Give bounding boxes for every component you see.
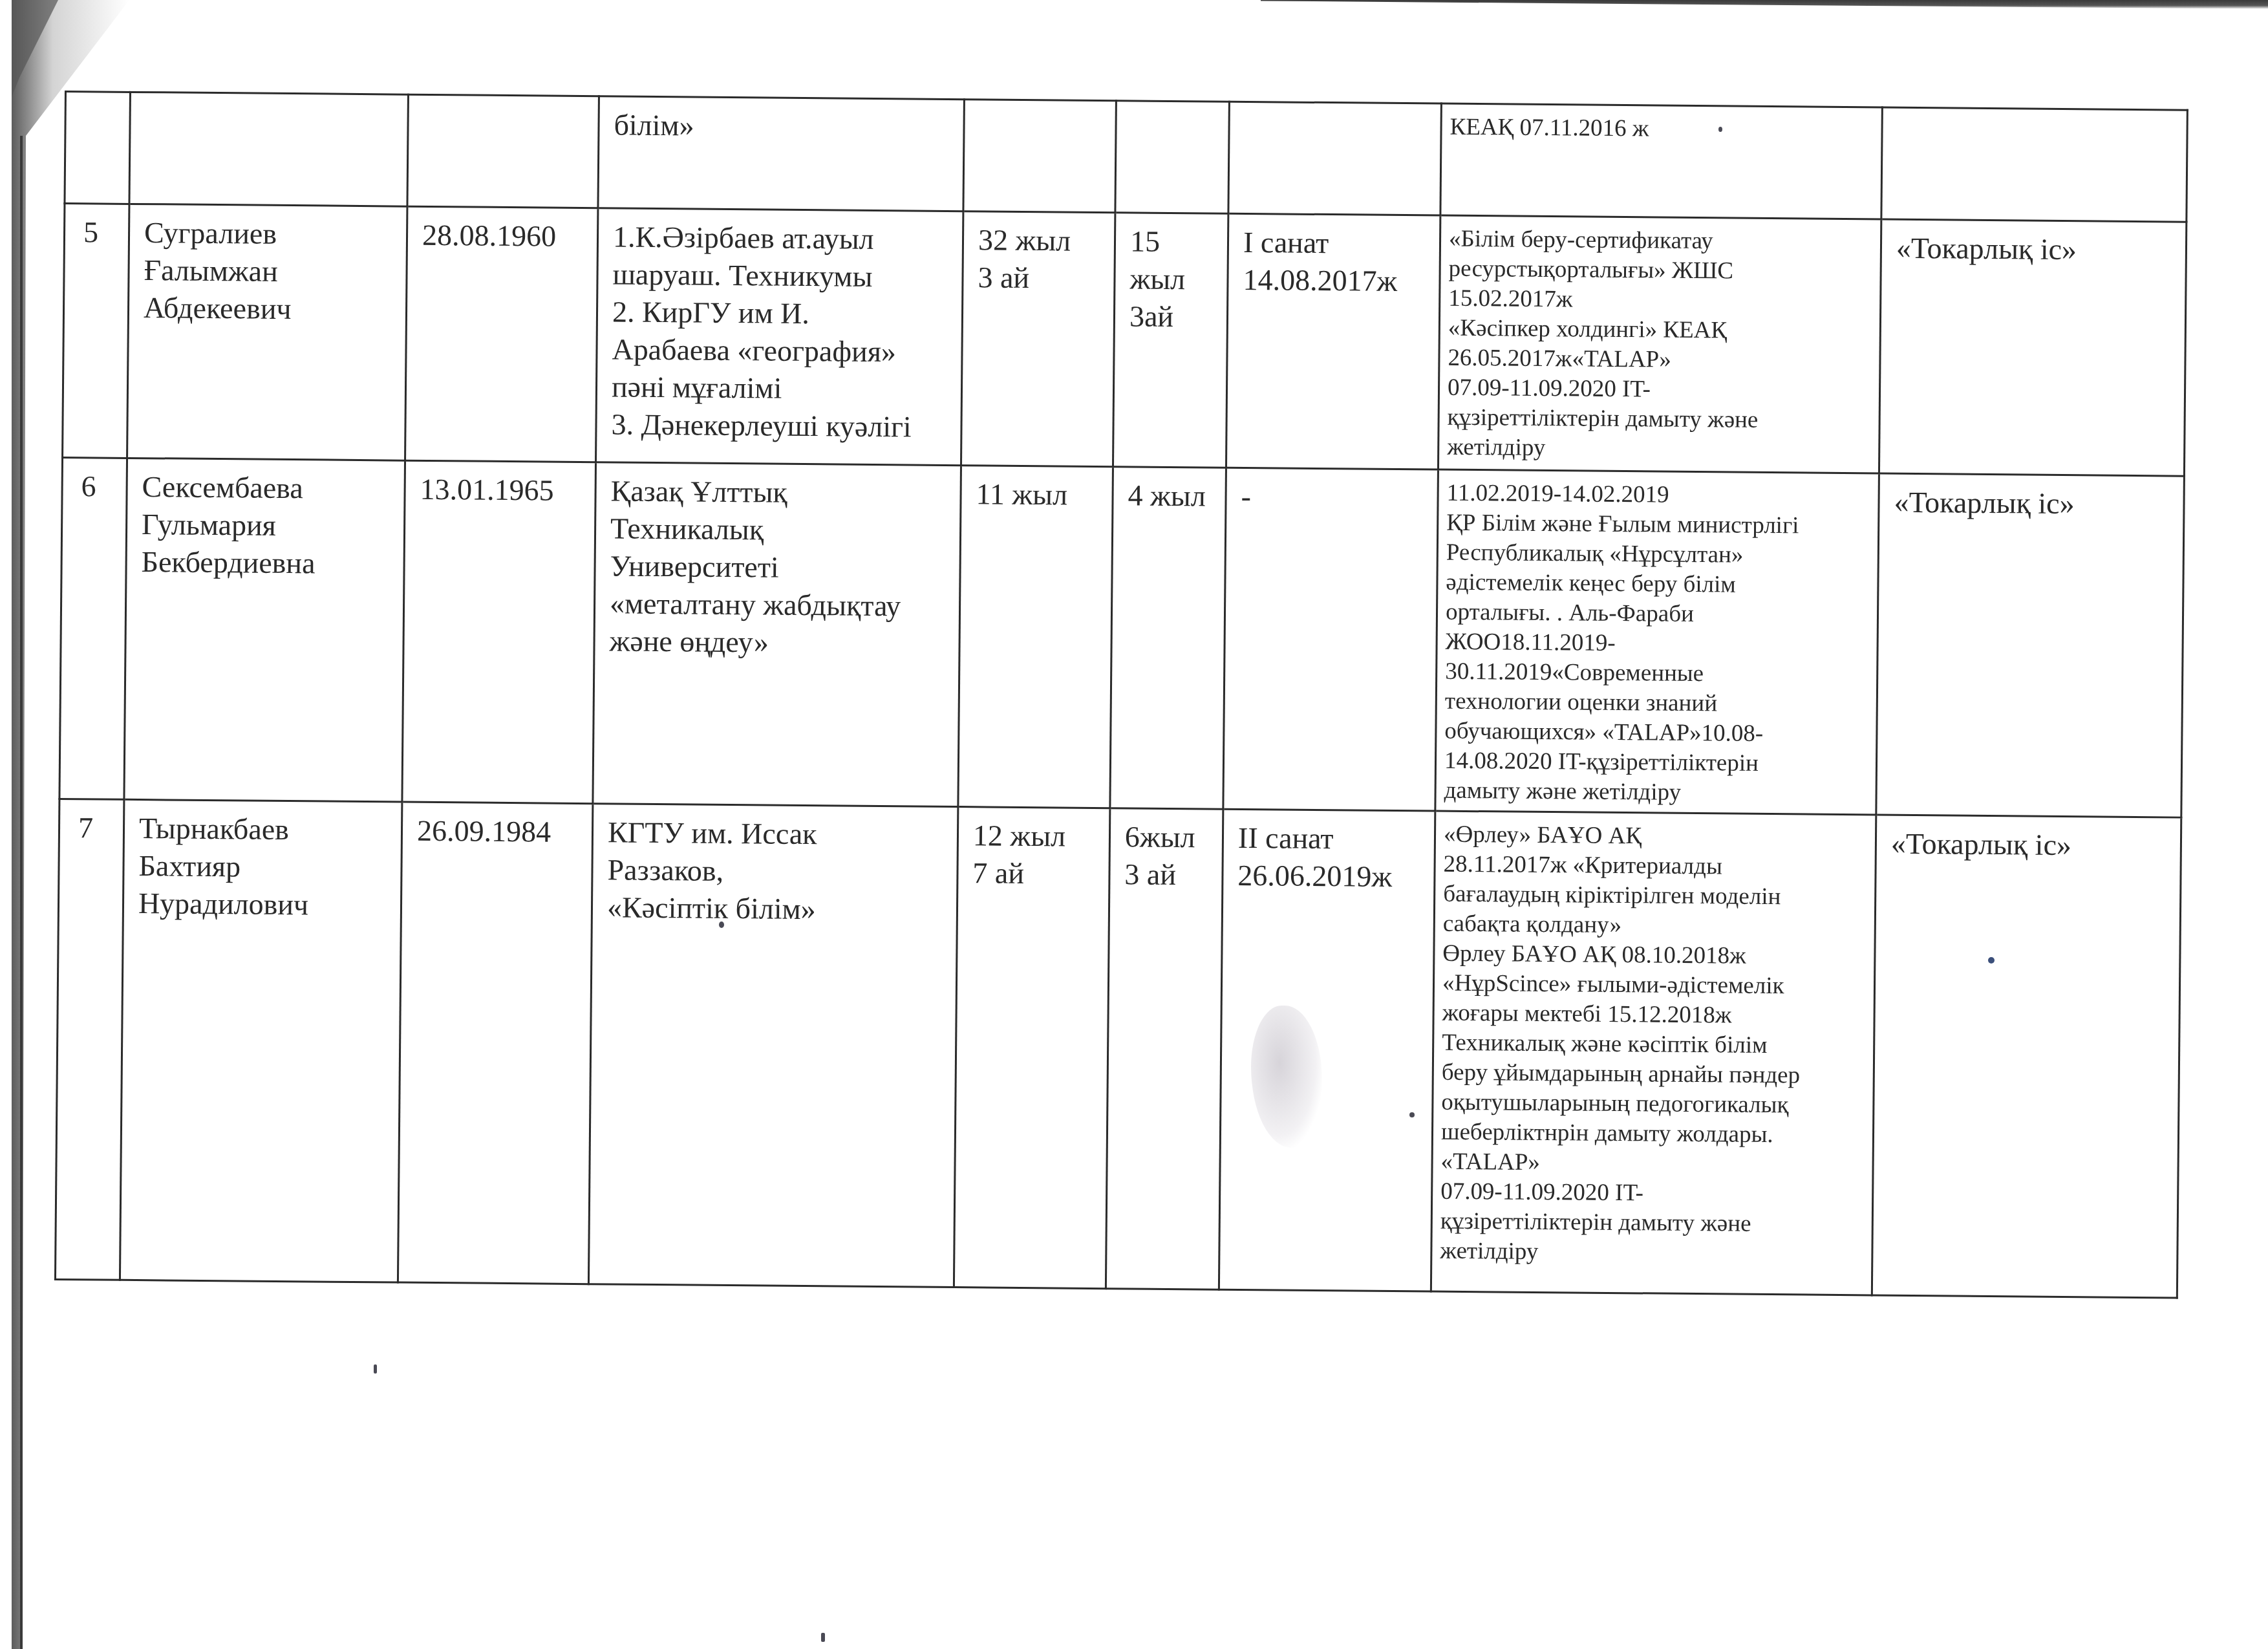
courses: «Өрлеу» БАҰО АҚ 28.11.2017ж «Критериалды…: [1431, 811, 1876, 1295]
teaching-experience: [1115, 101, 1230, 214]
specialty: «Токарлық іс»: [1879, 219, 2186, 476]
category: -: [1223, 468, 1439, 811]
specialty: «Токарлық іс»: [1876, 473, 2185, 817]
staff-table: білім» КЕАҚ 07.11.2016 ж 5 Сугралиев Ғал…: [54, 91, 2188, 1299]
table-row: 7 Тырнакбаев Бахтияр Нурадилович 26.09.1…: [55, 799, 2181, 1298]
education: 1.К.Әзірбаев ат.ауыл шаруаш. Техникумы 2…: [596, 208, 963, 466]
birth-date: [407, 94, 599, 208]
scan-speck: [719, 921, 724, 928]
category: [1228, 102, 1441, 215]
education: Қазақ Ұлттық Техникалық Университеті «ме…: [593, 462, 961, 807]
total-experience: 32 жыл 3 ай: [961, 211, 1115, 467]
scan-speck: [821, 1633, 825, 1642]
full-name: Тырнакбаев Бахтияр Нурадилович: [120, 799, 401, 1282]
scan-speck: [1718, 127, 1722, 132]
full-name: Сексембаева Гульмария Бекбердиевна: [124, 458, 405, 802]
row-number: [65, 92, 131, 204]
table-row: білім» КЕАҚ 07.11.2016 ж: [65, 92, 2187, 222]
birth-date: 26.09.1984: [398, 802, 592, 1284]
scan-edge-shadow: [1261, 0, 2268, 9]
scan-speck: [374, 1364, 377, 1374]
category: II санат 26.06.2019ж: [1219, 809, 1435, 1291]
education: білім»: [598, 96, 964, 211]
staff-table-container: білім» КЕАҚ 07.11.2016 ж 5 Сугралиев Ғал…: [54, 91, 2187, 1299]
row-number: 7: [55, 799, 123, 1280]
row-number: 6: [59, 457, 127, 799]
row-number: 5: [63, 204, 129, 458]
total-experience: 12 жыл 7 ай: [954, 807, 1109, 1289]
courses: 11.02.2019-14.02.2019 ҚР Білім және Ғылы…: [1435, 469, 1879, 815]
birth-date: 28.08.1960: [405, 206, 598, 462]
birth-date: 13.01.1965: [402, 460, 596, 804]
teaching-experience: 15 жыл 3ай: [1113, 213, 1228, 468]
category: I санат 14.08.2017ж: [1226, 213, 1440, 469]
full-name: [129, 92, 408, 206]
full-name: Сугралиев Ғалымжан Абдекеевич: [127, 204, 407, 460]
courses: «Білім беру-сертификатау ресурстықорталы…: [1438, 215, 1881, 473]
specialty: [1881, 107, 2187, 222]
scan-speck: [1409, 1112, 1415, 1117]
table-row: 6 Сексембаева Гульмария Бекбердиевна 13.…: [59, 457, 2184, 817]
specialty: «Токарлық іс»: [1872, 815, 2181, 1298]
courses: КЕАҚ 07.11.2016 ж: [1440, 103, 1882, 219]
teaching-experience: 6жыл 3 ай: [1106, 808, 1223, 1289]
teaching-experience: 4 жыл: [1110, 467, 1226, 810]
scan-speck: [1988, 957, 1995, 964]
total-experience: 11 жыл: [958, 466, 1113, 808]
table-row: 5 Сугралиев Ғалымжан Абдекеевич 28.08.19…: [63, 204, 2187, 477]
total-experience: [963, 100, 1117, 213]
education: КГТУ им. Иссак Раззаков, «Кәсіптік білім…: [588, 804, 957, 1288]
